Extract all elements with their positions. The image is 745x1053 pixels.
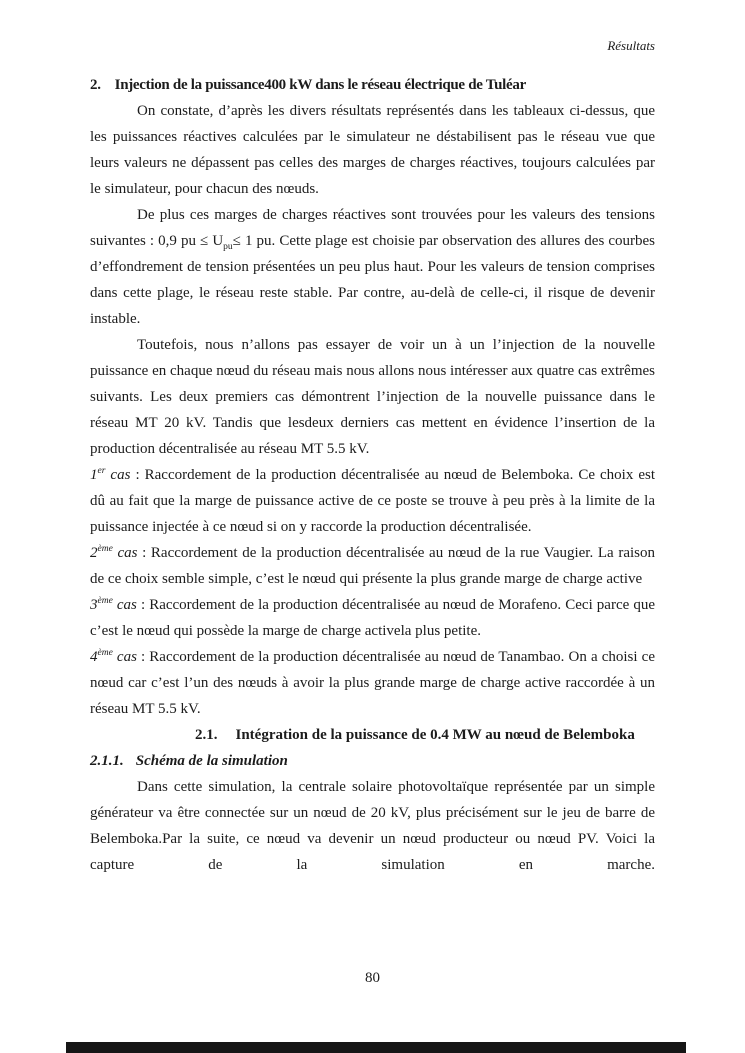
ordinal-superscript: ème [98,648,113,658]
ordinal-superscript: ème [98,544,113,554]
case-paragraph-3: 3ème cas : Raccordement de la production… [90,592,655,644]
subsection-title: Intégration de la puissance de 0.4 MW au… [236,722,648,748]
case-label: 4ème cas [90,649,137,665]
case-text: Raccordement de la production décentrali… [90,545,655,587]
document-page: Résultats 2.Injection de la puissance400… [0,0,745,1053]
section-number: 2. [90,77,101,93]
running-header: Résultats [607,38,655,54]
subsubsection-title: Schéma de la simulation [136,753,288,769]
case-text: Raccordement de la production décentrali… [90,649,655,717]
paragraph-simulation: Dans cette simulation, la centrale solai… [90,774,655,878]
case-text: Raccordement de la production décentrali… [90,467,655,535]
case-label: 1er cas [90,467,130,483]
case-paragraph-4: 4ème cas : Raccordement de la production… [90,644,655,722]
case-label: 3ème cas [90,597,137,613]
section-heading: 2.Injection de la puissance400 kW dans l… [90,72,655,98]
paragraph-conclusion: On constate, d’après les divers résultat… [90,98,655,202]
subsubsection-heading: 2.1.1.Schéma de la simulation [90,748,655,774]
paragraph-four-cases-intro: Toutefois, nous n’allons pas essayer de … [90,332,655,462]
page-content: 2.Injection de la puissance400 kW dans l… [90,72,655,878]
subsubsection-number: 2.1.1. [90,753,124,769]
case-label: 2ème cas [90,545,137,561]
case-paragraph-2: 2ème cas : Raccordement de la production… [90,540,655,592]
ordinal-superscript: ème [98,596,113,606]
case-text: Raccordement de la production décentrali… [90,597,655,639]
subsection-heading: 2.1. Intégration de la puissance de 0.4 … [90,722,655,748]
subsection-number: 2.1. [195,722,218,748]
page-number: 80 [0,968,745,988]
case-paragraph-1: 1er cas : Raccordement de la production … [90,462,655,540]
bottom-scan-bar [66,1042,686,1053]
subscript-pu: pu [223,242,233,252]
section-title: Injection de la puissance400 kW dans le … [115,77,526,93]
paragraph-voltage-range: De plus ces marges de charges réactives … [90,202,655,332]
